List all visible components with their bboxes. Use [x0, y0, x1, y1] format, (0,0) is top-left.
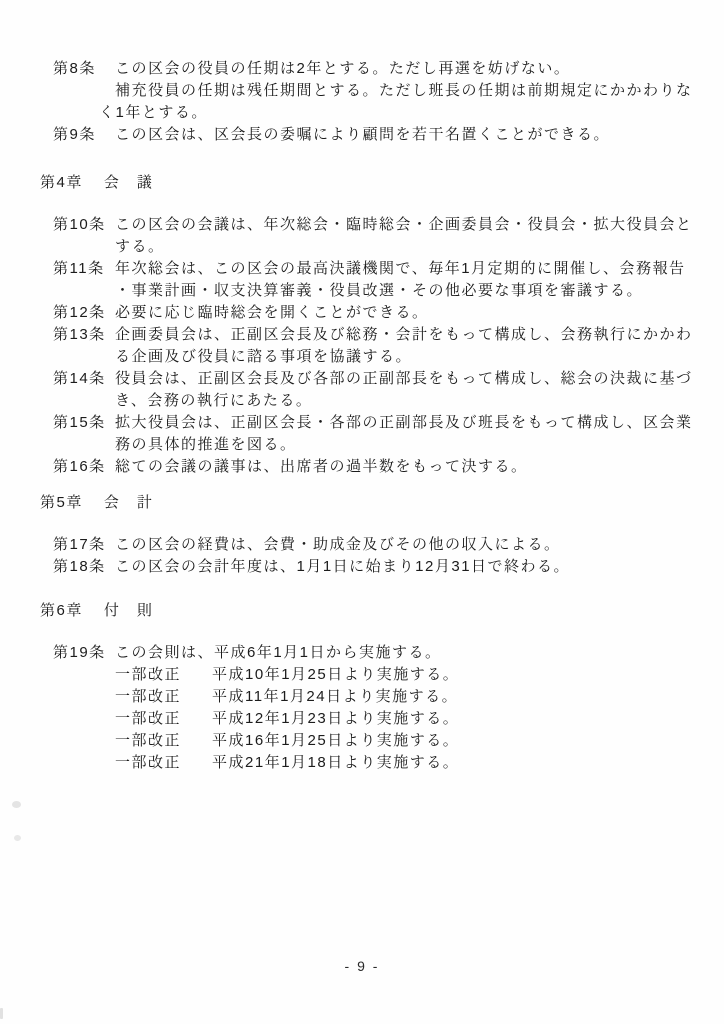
- article-body: この区会の経費は、会費・助成金及びその他の収入による。: [115, 534, 704, 556]
- article-number: 第12条: [53, 302, 115, 324]
- amendment-row: 一部改正平成21年1月18日より実施する。: [115, 752, 704, 774]
- amendment-label: 一部改正: [115, 666, 181, 683]
- article-line: 拡大役員会は、正副区会長・各部の正副部長及び班長をもって構成し、区会業: [115, 412, 704, 434]
- article-body: この区会の役員の任期は2年とする。ただし再選を妨げない。補充役員の任期は残任期間…: [115, 58, 704, 124]
- amendment-row: 一部改正平成10年1月25日より実施する。: [115, 664, 704, 686]
- scan-smudge: [14, 835, 21, 841]
- article-body: この会則は、平成6年1月1日から実施する。一部改正平成10年1月25日より実施す…: [115, 642, 704, 774]
- article-line: ・事業計画・収支決算審義・役員改選・その他必要な事項を審議する。: [115, 280, 704, 302]
- article-line: き、会務の執行にあたる。: [115, 390, 704, 412]
- article-line: 必要に応じ臨時総会を開くことができる。: [115, 302, 704, 324]
- article-body: この区会の会議は、年次総会・臨時総会・企画委員会・役員会・拡大役員会とする。: [115, 214, 704, 258]
- amendment-date: 平成11年1月24日より実施する。: [212, 688, 458, 705]
- scan-smudge: [12, 801, 21, 808]
- page-number: - 9 -: [0, 958, 724, 974]
- article-number: 第11条: [53, 258, 115, 302]
- article: 第13条企画委員会は、正副区会長及び総務・会計をもって構成し、会務執行にかかわる…: [53, 324, 704, 368]
- chapter-heading: 第4章会 議: [40, 172, 704, 194]
- chapter-title: 付 則: [104, 600, 154, 622]
- amendment-row: 一部改正平成11年1月24日より実施する。: [115, 686, 704, 708]
- article-line: く1年とする。: [99, 102, 704, 124]
- article-line: 総ての会議の議事は、出席者の過半数をもって決する。: [115, 456, 704, 478]
- article-body: 拡大役員会は、正副区会長・各部の正副部長及び班長をもって構成し、区会業務の具体的…: [115, 412, 704, 456]
- article-line: る企画及び役員に諮る事項を協議する。: [115, 346, 704, 368]
- amendment-date: 平成16年1月25日より実施する。: [212, 732, 459, 749]
- article-line: 務の具体的推進を図る。: [115, 434, 704, 456]
- article-line: する。: [115, 236, 704, 258]
- article-line: この区会の会計年度は、1月1日に始まり12月31日で終わる。: [115, 556, 704, 578]
- article-number: 第19条: [53, 642, 115, 774]
- document-content: 第8条この区会の役員の任期は2年とする。ただし再選を妨げない。補充役員の任期は残…: [40, 58, 704, 774]
- article-number: 第9条: [53, 124, 115, 146]
- article-number: 第13条: [53, 324, 115, 368]
- amendment-date: 平成10年1月25日より実施する。: [212, 666, 459, 683]
- article-line: この区会の役員の任期は2年とする。ただし再選を妨げない。: [115, 58, 704, 80]
- article-body: 総ての会議の議事は、出席者の過半数をもって決する。: [115, 456, 704, 478]
- scanned-document-page: 第8条この区会の役員の任期は2年とする。ただし再選を妨げない。補充役員の任期は残…: [0, 0, 724, 1024]
- article: 第16条総ての会議の議事は、出席者の過半数をもって決する。: [53, 456, 704, 478]
- article-line: この区会の経費は、会費・助成金及びその他の収入による。: [115, 534, 704, 556]
- article: 第19条この会則は、平成6年1月1日から実施する。一部改正平成10年1月25日よ…: [53, 642, 704, 774]
- amendment-label: 一部改正: [115, 732, 181, 749]
- article-body: 役員会は、正副区会長及び各部の正副部長をもって構成し、総会の決裁に基づき、会務の…: [115, 368, 704, 412]
- article-body: 年次総会は、この区会の最高決議機関で、毎年1月定期的に開催し、会務報告・事業計画…: [115, 258, 704, 302]
- article-number: 第15条: [53, 412, 115, 456]
- article-number: 第10条: [53, 214, 115, 258]
- amendment-label: 一部改正: [115, 688, 181, 705]
- article-number: 第18条: [53, 556, 115, 578]
- scan-smudge: [0, 1008, 3, 1019]
- article-body: この区会の会計年度は、1月1日に始まり12月31日で終わる。: [115, 556, 704, 578]
- article: 第15条拡大役員会は、正副区会長・各部の正副部長及び班長をもって構成し、区会業務…: [53, 412, 704, 456]
- article-line: この会則は、平成6年1月1日から実施する。: [115, 642, 704, 664]
- amendment-row: 一部改正平成12年1月23日より実施する。: [115, 708, 704, 730]
- amendment-label: 一部改正: [115, 754, 181, 771]
- amendment-row: 一部改正平成16年1月25日より実施する。: [115, 730, 704, 752]
- article-line: 役員会は、正副区会長及び各部の正副部長をもって構成し、総会の決裁に基づ: [115, 368, 704, 390]
- chapter-number: 第4章: [40, 172, 83, 194]
- article-number: 第14条: [53, 368, 115, 412]
- article: 第9条この区会は、区会長の委嘱により顧問を若干名置くことができる。: [53, 124, 704, 146]
- article-line: 補充役員の任期は残任期間とする。ただし班長の任期は前期規定にかかわりな: [115, 80, 704, 102]
- amendment-date: 平成12年1月23日より実施する。: [212, 710, 459, 727]
- article-line: 企画委員会は、正副区会長及び総務・会計をもって構成し、会務執行にかかわ: [115, 324, 704, 346]
- article: 第12条必要に応じ臨時総会を開くことができる。: [53, 302, 704, 324]
- chapter-number: 第6章: [40, 600, 83, 622]
- article-body: 企画委員会は、正副区会長及び総務・会計をもって構成し、会務執行にかかわる企画及び…: [115, 324, 704, 368]
- article: 第14条役員会は、正副区会長及び各部の正副部長をもって構成し、総会の決裁に基づき…: [53, 368, 704, 412]
- article: 第8条この区会の役員の任期は2年とする。ただし再選を妨げない。補充役員の任期は残…: [53, 58, 704, 124]
- amendment-date: 平成21年1月18日より実施する。: [212, 754, 459, 771]
- chapter-heading: 第5章会 計: [40, 492, 704, 514]
- article-number: 第16条: [53, 456, 115, 478]
- article-line: 年次総会は、この区会の最高決議機関で、毎年1月定期的に開催し、会務報告: [115, 258, 704, 280]
- chapter-heading: 第6章付 則: [40, 600, 704, 622]
- chapter-title: 会 計: [104, 492, 154, 514]
- article-body: この区会は、区会長の委嘱により顧問を若干名置くことができる。: [115, 124, 704, 146]
- amendment-label: 一部改正: [115, 710, 181, 727]
- article: 第17条この区会の経費は、会費・助成金及びその他の収入による。: [53, 534, 704, 556]
- article-line: この区会の会議は、年次総会・臨時総会・企画委員会・役員会・拡大役員会と: [115, 214, 704, 236]
- chapter-title: 会 議: [104, 172, 154, 194]
- chapter-number: 第5章: [40, 492, 83, 514]
- article-number: 第17条: [53, 534, 115, 556]
- article-body: 必要に応じ臨時総会を開くことができる。: [115, 302, 704, 324]
- article-line: この区会は、区会長の委嘱により顧問を若干名置くことができる。: [115, 124, 704, 146]
- article: 第18条この区会の会計年度は、1月1日に始まり12月31日で終わる。: [53, 556, 704, 578]
- article: 第11条年次総会は、この区会の最高決議機関で、毎年1月定期的に開催し、会務報告・…: [53, 258, 704, 302]
- article: 第10条この区会の会議は、年次総会・臨時総会・企画委員会・役員会・拡大役員会とす…: [53, 214, 704, 258]
